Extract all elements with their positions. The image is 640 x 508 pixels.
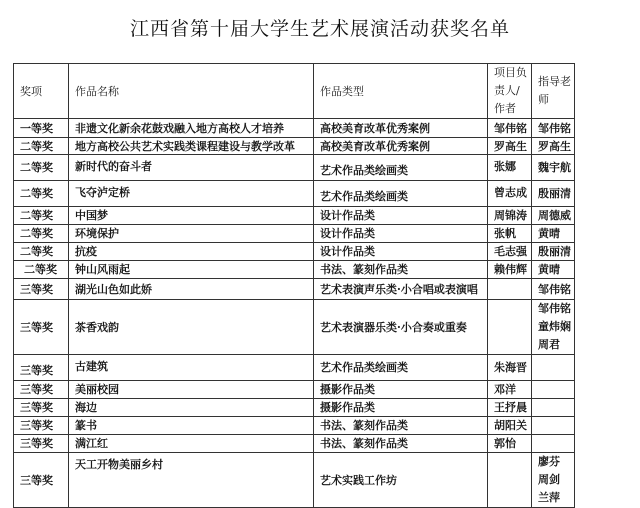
table-row: 二等奖 中国梦 设计作品类 周锦涛 周德威	[14, 207, 575, 225]
table-row: 二等奖 环境保护 设计作品类 张帆 黄晴	[14, 225, 575, 243]
table-row: 三等奖 美丽校园 摄影作品类 邓洋	[14, 381, 575, 399]
table-row: 二等奖 抗疫 设计作品类 毛志强 殷丽清	[14, 243, 575, 261]
table-row: 二等奖 飞夺泸定桥 艺术作品类绘画类 曾志成 殷丽清	[14, 181, 575, 207]
table-row: 二等奖 钟山风雨起 书法、篆刻作品类 赖伟辉 黄晴	[14, 261, 575, 279]
table-header-row: 奖项 作品名称 作品类型 项目负 责人/ 作者 指导老 师	[14, 64, 575, 119]
table-row: 三等奖 满江红 书法、篆刻作品类 郭怡	[14, 435, 575, 453]
table-row: 三等奖 湖光山色如此娇 艺术表演声乐类·小合唱或表演唱 邹伟铭	[14, 279, 575, 300]
header-award: 奖项	[14, 64, 69, 119]
table-row: 三等奖 茶香戏韵 艺术表演器乐类·小合奏或重奏 邹伟铭 童炜娴 周君	[14, 300, 575, 355]
table-row: 二等奖 新时代的奋斗者 艺术作品类绘画类 张娜 魏宇航	[14, 155, 575, 181]
table-row: 二等奖 地方高校公共艺术实践类课程建设与教学改革 高校美育改革优秀案例 罗高生 …	[14, 138, 575, 155]
header-category: 作品类型	[314, 64, 488, 119]
table-row: 三等奖 天工开物美丽乡村 艺术实践工作坊 廖芬 周剑 兰萍	[14, 453, 575, 508]
table-row: 三等奖 篆书 书法、篆刻作品类 胡阳关	[14, 417, 575, 435]
page-title: 江西省第十届大学生艺术展演活动获奖名单	[0, 14, 640, 41]
header-author: 项目负 责人/ 作者	[488, 64, 532, 119]
table-row: 三等奖 古建筑 艺术作品类绘画类 朱海晋	[14, 355, 575, 381]
table-row: 一等奖 非遗文化新余花鼓戏融入地方高校人才培养 高校美育改革优秀案例 邹伟铭 邹…	[14, 119, 575, 138]
table-row: 三等奖 海边 摄影作品类 王抒晨	[14, 399, 575, 417]
awards-table: 奖项 作品名称 作品类型 项目负 责人/ 作者 指导老 师 一等奖 非遗文化新余…	[13, 63, 575, 508]
header-advisor: 指导老 师	[532, 64, 575, 119]
header-work: 作品名称	[69, 64, 314, 119]
